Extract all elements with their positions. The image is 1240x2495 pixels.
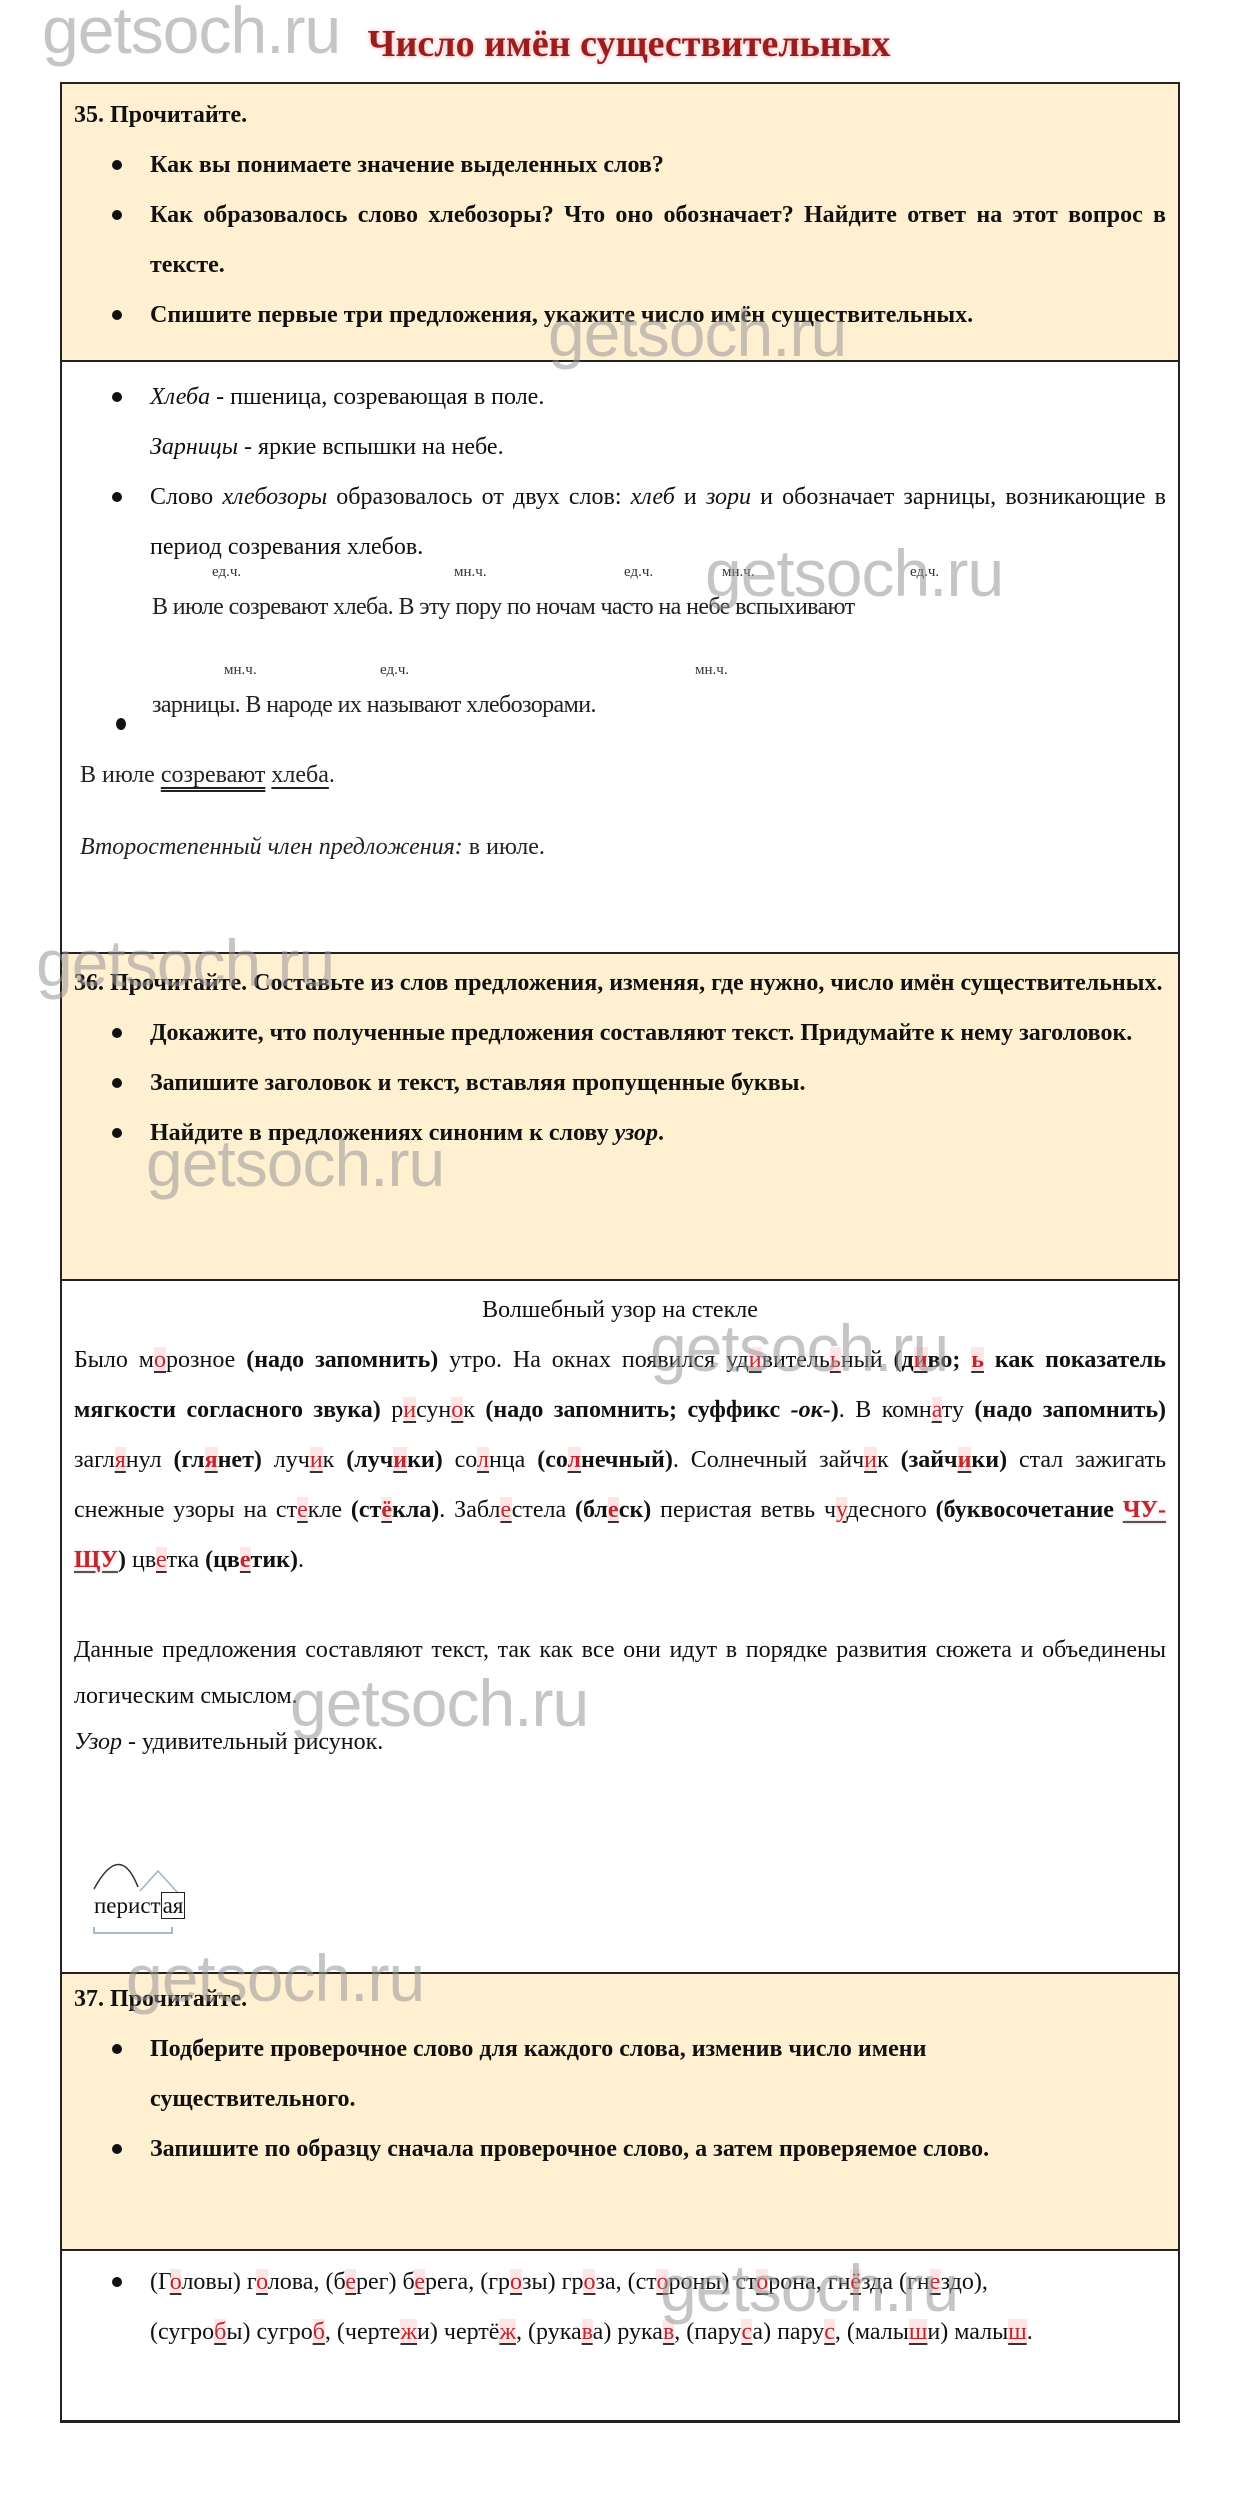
bullet-item: Подберите проверочное слово для каждого … [150,2024,1088,2124]
subject: хлеба [271,762,329,788]
number-label: ед.ч. [212,564,241,581]
sentence-parse: В июле созревают хлеба. [80,762,335,789]
exercise-35-bullets: Как вы понимаете значение выделенных сло… [62,140,1178,340]
bullet-item: Докажите, что полученные предложения сос… [150,1008,1166,1058]
term: хлеб [631,484,675,510]
bullet-item: Запишите заголовок и текст, вставляя про… [150,1058,1166,1108]
answer-37-bullets: (Головы) голова, (берег) берега, (грозы)… [62,2257,1178,2357]
explanation: Данные предложения составляют текст, так… [62,1627,1178,1719]
text: и [675,484,706,510]
number-label: ед.ч. [624,564,653,581]
bullet-item: Спишите первые три предложения, укажите … [150,290,1166,340]
term: Узор [74,1729,122,1755]
definition: - удивительный рисунок. [122,1729,383,1755]
answer-35-bullets: Хлеба - пшеница, созревающая в поле. Зар… [62,372,1178,572]
number-label: мн.ч. [224,662,257,679]
secondary-label: Второстепенный член предложения: [80,834,463,860]
exercise-36-task: 36. Прочитайте. Составьте из слов предло… [62,952,1178,1279]
exercise-37-answer: (Головы) голова, (берег) берега, (грозы)… [62,2249,1178,2420]
annotated-sentence-2: мн.ч. ед.ч. мн.ч. зарницы. В народе их н… [152,692,952,732]
exercise-36-answer: Волшебный узор на стекле Было морозное (… [62,1279,1178,1972]
term: зори [706,484,751,510]
term: Хлеба [150,384,210,410]
text: Найдите в предложениях синоним к слову [150,1120,615,1146]
exercise-35-answer: Хлеба - пшеница, созревающая в поле. Зар… [62,360,1178,952]
text: Слово [150,484,222,510]
exercise-37-header: 37. Прочитайте. [62,1974,1178,2024]
bullet-item: Как вы понимаете значение выделенных сло… [150,140,1166,190]
number-label: мн.ч. [695,662,728,679]
exercise-35-task: 35. Прочитайте. Как вы понимаете значени… [62,84,1178,360]
stem: перист [94,1893,161,1918]
exercise-37-task: 37. Прочитайте. Подберите проверочное сл… [62,1972,1178,2249]
text-title: Волшебный узор на стекле [62,1285,1178,1335]
secondary-value: в июле. [463,834,545,860]
exercise-36-bullets: Докажите, что полученные предложения сос… [62,1008,1178,1158]
exercise-37-bullets: Подберите проверочное слово для каждого … [62,2024,1178,2174]
restored-text: Было морозное (надо запомнить) утро. На … [62,1335,1178,1585]
check-words-item: (Головы) голова, (берег) берега, (грозы)… [150,2257,1088,2357]
number-label: мн.ч. [454,564,487,581]
text: образовалось от двух слов: [327,484,631,510]
synonym-line: Узор - удивительный рисунок. [62,1719,1178,1765]
number-label: мн.ч. [722,564,755,581]
morpheme-word: перистая [94,1893,185,1919]
predicate: созревают [161,762,266,788]
exercise-36-header: 36. Прочитайте. Составьте из слов предло… [62,958,1178,1008]
bullet-dot [116,718,126,730]
morpheme-diagram: перистая [92,1861,222,1941]
bullet-item: Запишите по образцу сначала проверочное … [150,2124,1088,2174]
page-title: Число имён существительных [0,22,1240,66]
word-formation-item: Слово хлебозоры образовалось от двух сло… [150,472,1166,572]
text: В июле [80,762,161,788]
annotated-sentence-1: ед.ч. мн.ч. ед.ч. мн.ч. ед.ч. В июле соз… [152,594,1152,634]
text: . [329,762,335,788]
exercise-table: 35. Прочитайте. Как вы понимаете значени… [60,82,1180,2423]
term: Зарницы [150,434,238,460]
definition-item: Хлеба - пшеница, созревающая в поле. Зар… [150,372,1166,472]
definition: - пшеница, созревающая в поле. [210,384,544,410]
term: узор [615,1120,658,1146]
ending-box: ая [161,1892,186,1919]
exercise-35-header: 35. Прочитайте. [62,90,1178,140]
term: хлебозоры [222,484,327,510]
bullet-item: Найдите в предложениях синоним к слову у… [150,1108,1166,1158]
secondary-member: Второстепенный член предложения: в июле. [80,834,545,861]
number-label: ед.ч. [910,564,939,581]
number-label: ед.ч. [380,662,409,679]
definition: - яркие вспышки на небе. [238,434,504,460]
sentence-text: В июле созревают хлеба. В эту пору по но… [152,594,855,620]
bullet-item: Как образовалось слово хлебозоры? Что он… [150,190,1166,290]
sentence-text: зарницы. В народе их называют хлебозорам… [152,692,596,718]
